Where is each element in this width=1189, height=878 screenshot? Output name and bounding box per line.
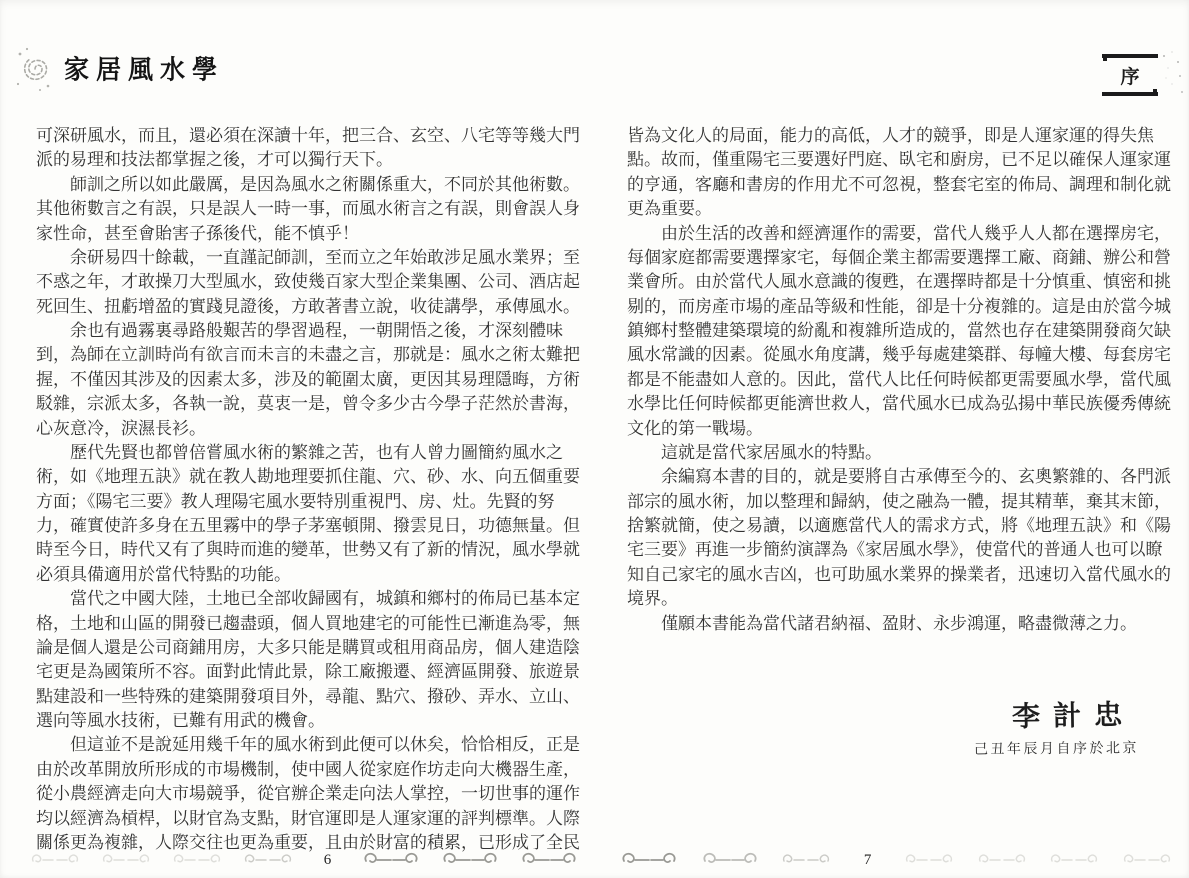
text-line: 宅更是為國策所不容。面對此情此景，除工廠搬遷、經濟區開發、旅遊景 xyxy=(36,660,588,684)
text-line: 余也有過霧裏尋路般艱苦的學習過程，一朝開悟之後，才深刻體味 xyxy=(36,319,588,343)
scroll-ornament-icon xyxy=(620,851,678,869)
page-number-right: 7 xyxy=(854,852,882,869)
text-line: 部宗的風水術，加以整理和歸納，使之融為一體，提其精華，棄其末節， xyxy=(627,490,1179,514)
text-line: 由於改革開放所形成的市場機制，使中國人從家庭作坊走向大機器生產， xyxy=(36,758,588,782)
scroll-ornament-icon xyxy=(904,852,954,868)
text-line: 從小農經濟走向大市場競爭，從官辦企業走向法人掌控，一切世事的運作 xyxy=(36,782,588,806)
ink-speckle-decoration xyxy=(1158,48,1189,108)
scroll-ornament-icon xyxy=(30,852,80,868)
text-line: 格，土地和山區的開發已趨盡頭，個人買地建宅的可能性已漸進為零，無 xyxy=(36,612,588,636)
text-line: 時至今日，時代又有了與時而進的變革，世勢又有了新的情況，風水學就 xyxy=(36,538,588,562)
text-line: 這就是當代家居風水的特點。 xyxy=(627,441,1179,465)
text-line: 的亨通，客廳和書房的作用尤不可忽視，整套宅室的佈局、調理和制化就 xyxy=(627,173,1179,197)
book-spread: 家居風水學 序 可深研風水，而且，還必須在深讀十年，把三合、玄空、八宅等等幾大門… xyxy=(0,0,1189,878)
text-line: 都是不能盡如人意的。因此，當代人比任何時候都更需要風水學，當代風 xyxy=(627,368,1179,392)
scroll-ornament-icon xyxy=(781,852,831,868)
text-line: 文化的第一戰場。 xyxy=(627,417,1179,441)
preface-section-tab: 序 xyxy=(1102,54,1158,96)
text-line: 可深研風水，而且，還必須在深讀十年，把三合、玄空、八宅等等幾大門 xyxy=(36,124,588,148)
scroll-ornament-icon xyxy=(520,851,578,869)
text-line: 境界。 xyxy=(627,587,1179,611)
text-line: 方面；《陽宅三要》教人理陽宅風水要特別重視門、房、灶。先賢的努 xyxy=(36,490,588,514)
text-line: 點。故而，僅重陽宅三要選好門庭、臥宅和廚房，已不足以確保人運家運 xyxy=(627,148,1179,172)
text-line: 歷代先賢也都曾倍嘗風水術的繁雜之苦，也有人曾力圖簡約風水之 xyxy=(36,441,588,465)
text-line: 派的易理和技法都掌握之後，才可以獨行天下。 xyxy=(36,148,588,172)
scroll-ornament-icon xyxy=(101,852,151,868)
text-line: 風水常識的因素。從風水角度講，幾乎每處建築群、每幢大樓、每套房宅 xyxy=(627,343,1179,367)
scroll-ornament-icon xyxy=(441,851,499,869)
text-line: 捨繁就簡，使之易讀，以適應當代人的需求方式，將《地理五訣》和《陽 xyxy=(627,514,1179,538)
text-line: 剔的，而房產市場的產品等級和性能，卻是十分複雜的。這是由於當今城 xyxy=(627,295,1179,319)
text-line: 由於生活的改善和經濟運作的需要，當代人幾乎人人都在選擇房宅， xyxy=(627,222,1179,246)
text-line: 駁雜，宗派太多，各執一說，莫衷一是，曾令多少古今學子茫然於書海， xyxy=(36,392,588,416)
publisher-seal-icon xyxy=(12,44,58,99)
text-line: 死回生、扭虧增盈的實踐見證後，方敢著書立說，收徒講學，承傳風水。 xyxy=(36,295,588,319)
text-line: 知自己家宅的風水吉凶，也可助風水業界的操業者，迅速切入當代風水的 xyxy=(627,563,1179,587)
text-line: 不惑之年，才敢操刀大型風水，致使幾百家大型企業集團、公司、酒店起 xyxy=(36,270,588,294)
text-line: 必須具備適用於當代特點的功能。 xyxy=(36,563,588,587)
text-line: 論是個人還是公司商鋪用房，大多只能是購買或租用商品房，個人建造陰 xyxy=(36,636,588,660)
scroll-ornament-icon xyxy=(977,852,1027,868)
text-line: 均以經濟為槓桿，以財官為支點，財官運即是人運家運的評判標準。人際 xyxy=(36,807,588,831)
scroll-ornament-icon xyxy=(701,851,759,869)
signature-date-line: 己丑年辰月自序於北京 xyxy=(974,737,1139,758)
scroll-ornament-icon xyxy=(1122,852,1172,868)
text-line: 僅願本書能為當代諸君納福、盈財、永步鴻運，略盡微薄之力。 xyxy=(627,612,1179,636)
scroll-ornament-icon xyxy=(1049,852,1099,868)
text-line: 師訓之所以如此嚴厲，是因為風水之術關係重大，不同於其他術數。 xyxy=(36,173,588,197)
left-page-footer: 6 xyxy=(30,847,578,873)
text-line: 其他術數言之有誤，只是誤人一時一事，而風水術言之有誤，則會誤人身 xyxy=(36,197,588,221)
text-line: 余編寫本書的目的，就是要將自古承傳至今的、玄奧繁雜的、各門派 xyxy=(627,465,1179,489)
author-signature: 李計忠 xyxy=(1012,693,1136,735)
text-line: 當代之中國大陸，土地已全部收歸國有，城鎮和鄉村的佈局已基本定 xyxy=(36,587,588,611)
book-title: 家居風水學 xyxy=(64,49,224,86)
text-line: 握，不僅因其涉及的因素太多，涉及的範圍太廣，更因其易理隱晦，方術 xyxy=(36,368,588,392)
text-line: 水學比任何時候都更能濟世救人，當代風水已成為弘揚中華民族優秀傳統 xyxy=(627,392,1179,416)
right-page-footer: 7 xyxy=(620,847,1172,873)
text-line: 家性命，甚至會貽害子孫後代，能不慎乎！ xyxy=(36,222,588,246)
page-number-left: 6 xyxy=(314,852,342,869)
text-line: 到，為師在立訓時尚有欲言而未言的未盡之言，那就是：風水之術太難把 xyxy=(36,343,588,367)
text-line: 點建設和一些特殊的建築開發項目外，尋龍、點穴、撥砂、弄水、立山、 xyxy=(36,685,588,709)
text-line: 更為重要。 xyxy=(627,197,1179,221)
text-line: 術，如《地理五訣》就在教人勘地理要抓住龍、穴、砂、水、向五個重要 xyxy=(36,465,588,489)
left-page-text: 可深研風水，而且，還必須在深讀十年，把三合、玄空、八宅等等幾大門派的易理和技法都… xyxy=(36,124,588,855)
scroll-ornament-icon xyxy=(243,852,293,868)
text-line: 鎮鄉村整體建築環境的紛亂和複雜所造成的，當然也存在建築開發商欠缺 xyxy=(627,319,1179,343)
right-page-text: 皆為文化人的局面，能力的高低，人才的競爭，即是人運家運的得失焦點。故而，僅重陽宅… xyxy=(627,124,1179,636)
text-line: 力，確實使許多身在五里霧中的學子茅塞頓開、撥雲見日，功德無量。但 xyxy=(36,514,588,538)
text-line: 心灰意冷，淚濕長衫。 xyxy=(36,417,588,441)
text-line: 業會所。由於當代人風水意識的復甦，在選擇時都是十分慎重、慎密和挑 xyxy=(627,270,1179,294)
text-line: 皆為文化人的局面，能力的高低，人才的競爭，即是人運家運的得失焦 xyxy=(627,124,1179,148)
scroll-ornament-icon xyxy=(172,852,222,868)
text-line: 選向等風水技術，已難有用武的機會。 xyxy=(36,709,588,733)
text-line: 每個家庭都需要選擇家宅，每個企業主都需要選擇工廠、商鋪、辦公和營 xyxy=(627,246,1179,270)
text-line: 余研易四十餘載，一直謹記師訓，至而立之年始敢涉足風水業界；至 xyxy=(36,246,588,270)
text-line: 但這並不是說延用幾千年的風水術到此便可以休矣，恰恰相反，正是 xyxy=(36,733,588,757)
text-line: 宅三要》再進一步簡約演譯為《家居風水學》，使當代的普通人也可以瞭 xyxy=(627,538,1179,562)
scroll-ornament-icon xyxy=(362,851,420,869)
